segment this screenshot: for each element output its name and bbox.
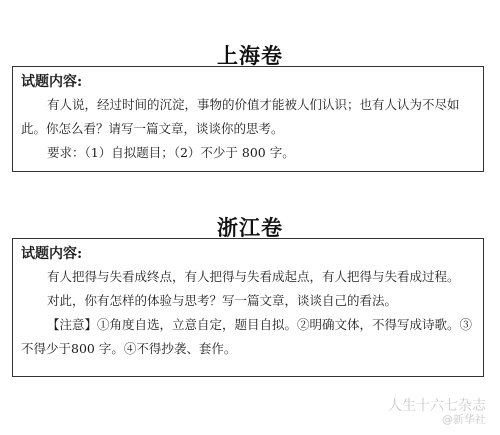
question-box-zhejiang: 试题内容: 有人把得与失看成终点，有人把得与失看成起点，有人把得与失看成过程。 … [12,238,484,377]
notes-text: 【注意】①角度自选，立意自定，题目自拟。②明确文体，不得写成诗歌。③不得少于80… [21,313,475,361]
question-text: 有人说，经过时间的沉淀，事物的价值才能被人们认识；也有人认为不尽如此。你怎么看？… [21,93,475,141]
prompt-text: 对此，你有怎样的体验与思考？写一篇文章，谈谈自己的看法。 [21,289,475,313]
question-label: 试题内容: [21,243,475,265]
question-text: 有人把得与失看成终点，有人把得与失看成起点，有人把得与失看成过程。 [21,265,475,289]
watermark: 人生十六七杂志 @新华社 [388,398,486,426]
watermark-handle: @新华社 [388,414,486,426]
question-box-shanghai: 试题内容: 有人说，经过时间的沉淀，事物的价值才能被人们认识；也有人认为不尽如此… [12,66,484,172]
question-label: 试题内容: [21,71,475,93]
watermark-source: 人生十六七杂志 [388,398,486,414]
requirements-text: 要求：（1）自拟题目；（2）不少于 800 字。 [21,141,475,165]
